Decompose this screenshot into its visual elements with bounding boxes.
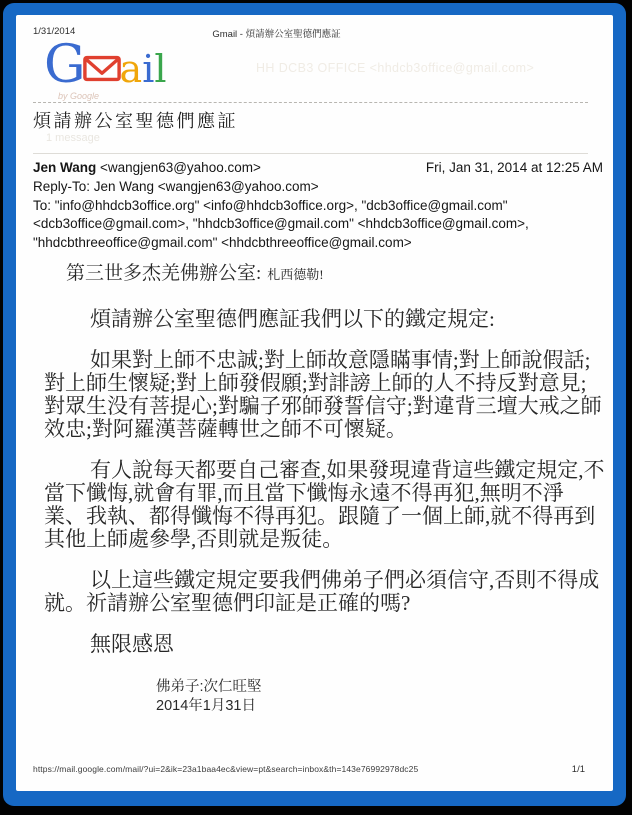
paragraph-rules: 如果對上師不忠誠;對上師故意隱瞞事情;對上師說假話; 對上師生懷疑;對上師發假願…	[44, 349, 610, 441]
logo-letter-g: G	[44, 35, 86, 95]
print-header-title: Gmail - 煩請辦公室聖德們應証	[0, 26, 575, 40]
signature-block: 佛弟子:次仁旺堅 2014年1月31日	[156, 678, 610, 716]
gmail-logo: Gail by Google	[44, 39, 167, 97]
signature-name: 佛弟子:次仁旺堅	[156, 678, 610, 697]
print-footer-url: https://mail.google.com/mail/?ui=2&ik=23…	[33, 764, 418, 774]
message-count-faint-text: 1 message	[46, 132, 100, 144]
printed-email-page: 1/31/2014 Gmail - 煩請辦公室聖德們應証 Gail by Goo…	[16, 15, 613, 791]
logo-byline: by Google	[58, 91, 99, 101]
sent-date: Fri, Jan 31, 2014 at 12:25 AM	[426, 159, 603, 178]
blue-border-frame: 1/31/2014 Gmail - 煩請辦公室聖德們應証 Gail by Goo…	[3, 3, 626, 806]
logo-letter-l: l	[154, 47, 166, 91]
salutation-line: 第三世多杰羌佛辦公室:札西德勒!	[44, 262, 610, 286]
logo-letter-i: i	[142, 47, 154, 91]
print-preview-screenshot: 1/31/2014 Gmail - 煩請辦公室聖德們應証 Gail by Goo…	[0, 0, 632, 815]
account-owner-faint-text: HH DCB3 OFFICE <hhdcb3office@gmail.com>	[256, 61, 534, 75]
email-body: 第三世多杰羌佛辦公室:札西德勒! 煩請辦公室聖德們應証我們以下的鐵定規定: 如果…	[44, 262, 610, 716]
email-subject: 煩請辦公室聖德們應証	[33, 107, 238, 133]
from-and-date-row: Jen Wang <wangjen63@yahoo.com> Fri, Jan …	[33, 159, 603, 178]
salutation-greeting: 札西德勒!	[267, 267, 323, 282]
email-header-block: Jen Wang <wangjen63@yahoo.com> Fri, Jan …	[33, 159, 603, 253]
gmail-envelope-icon	[83, 55, 121, 87]
subject-divider	[33, 153, 588, 154]
paragraph-self-examine: 有人說每天都要自己審查,如果發現違背這些鐵定規定,不 當下懺悔,就會有罪,而且當…	[44, 459, 610, 551]
closing-line: 無限感恩	[44, 633, 610, 656]
salutation-addressee: 第三世多杰羌佛辦公室:	[66, 263, 261, 284]
sender-address: <wangjen63@yahoo.com>	[100, 160, 261, 175]
logo-letter-a: a	[120, 47, 143, 91]
reply-to-field: Reply-To: Jen Wang <wangjen63@yahoo.com>	[33, 178, 603, 197]
to-field: To: "info@hhdcb3office.org" <info@hhdcb3…	[33, 197, 589, 253]
paragraph-confirmation-request: 以上這些鐵定規定要我們佛弟子們必須信守,否則不得成 就。祈請辦公室聖德們印証是正…	[44, 569, 610, 615]
signature-date: 2014年1月31日	[156, 697, 610, 716]
sender-name: Jen Wang	[33, 160, 96, 175]
print-footer-page-number: 1/1	[572, 764, 585, 775]
paragraph-request: 煩請辦公室聖德們應証我們以下的鐵定規定:	[44, 308, 610, 331]
from-field: Jen Wang <wangjen63@yahoo.com>	[33, 159, 261, 178]
header-divider	[33, 102, 588, 103]
